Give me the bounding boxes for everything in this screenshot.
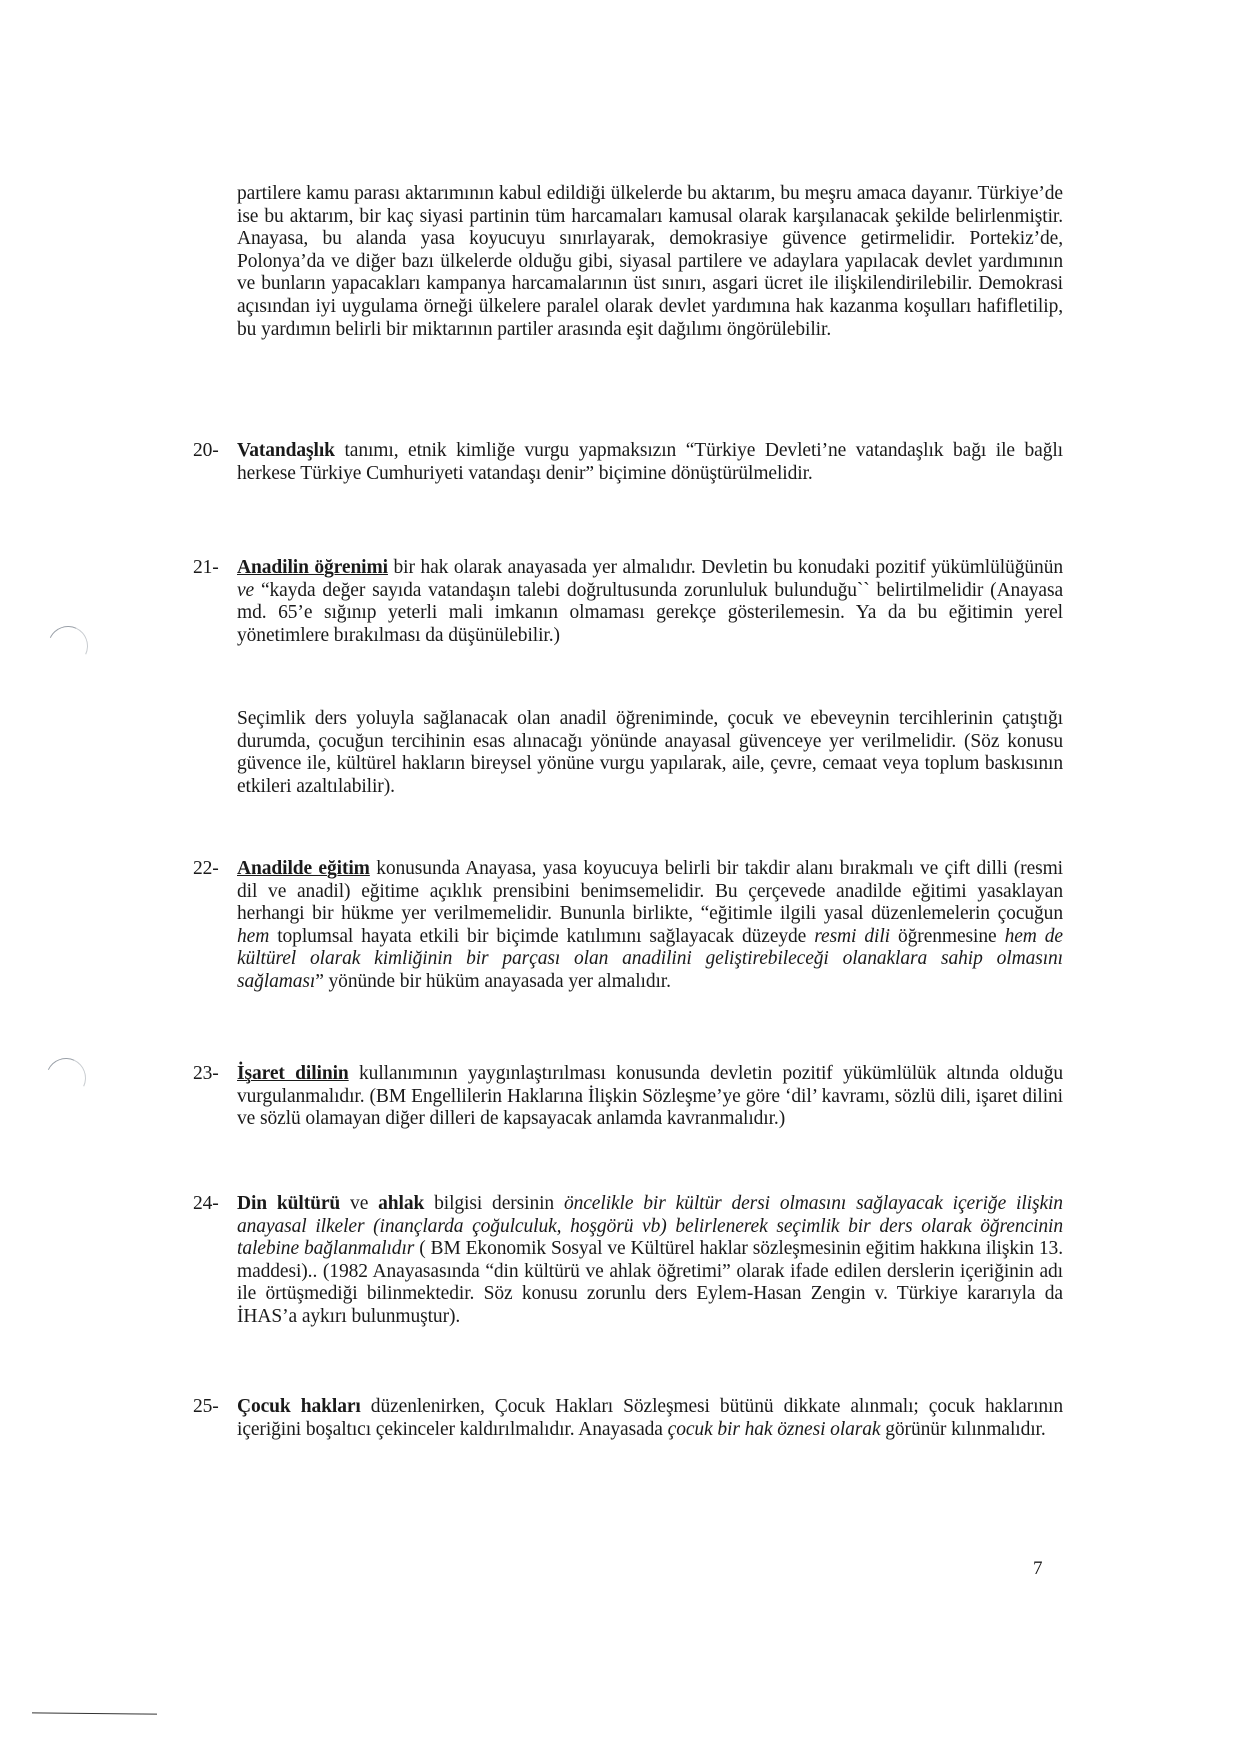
hole-punch-mark-bottom bbox=[40, 1052, 91, 1103]
document-page: partilere kamu parası aktarımının kabul … bbox=[0, 0, 1240, 1755]
item-number: 24- bbox=[193, 1193, 237, 1216]
item-lead: İşaret dilinin bbox=[237, 1063, 349, 1084]
item-lead: ahlak bbox=[378, 1193, 424, 1214]
list-item-21: 21- Anadilin öğrenimi bir hak olarak ana… bbox=[193, 557, 1063, 647]
hole-punch-mark-top bbox=[42, 620, 93, 671]
item-lead: Vatandaşlık bbox=[237, 440, 335, 461]
item-text: öğrenmesine bbox=[890, 926, 1005, 947]
list-item-25: 25- Çocuk hakları düzenlenirken, Çocuk H… bbox=[193, 1396, 1063, 1441]
item-lead: Anadilin öğrenimi bbox=[237, 557, 388, 578]
item-italic: resmi dili bbox=[814, 926, 890, 947]
item-text: toplumsal hayata etkili bir biçimde katı… bbox=[269, 926, 814, 947]
list-item-24: 24- Din kültürü ve ahlak bilgisi dersini… bbox=[193, 1193, 1063, 1329]
item-italic: çocuk bir hak öznesi olarak bbox=[668, 1419, 881, 1440]
item-text: kullanımının yaygınlaştırılması konusund… bbox=[237, 1063, 1063, 1129]
item-number: 25- bbox=[193, 1396, 237, 1419]
item-text: “kayda değer sayıda vatandaşın talebi do… bbox=[237, 580, 1063, 646]
item-italic: ve bbox=[237, 580, 254, 601]
item-21-sub-paragraph: Seçimlik ders yoluyla sağlanacak olan an… bbox=[237, 708, 1063, 798]
item-lead: Din kültürü bbox=[237, 1193, 340, 1214]
footer-rule bbox=[32, 1712, 157, 1714]
item-number: 22- bbox=[193, 858, 237, 881]
item-lead: Çocuk hakları bbox=[237, 1396, 361, 1417]
intro-paragraph: partilere kamu parası aktarımının kabul … bbox=[237, 183, 1063, 341]
item-number: 23- bbox=[193, 1063, 237, 1086]
item-text: ” yönünde bir hüküm anayasada yer almalı… bbox=[315, 971, 671, 992]
list-item-22: 22- Anadilde eğitim konusunda Anayasa, y… bbox=[193, 858, 1063, 994]
page-number: 7 bbox=[1033, 1558, 1043, 1580]
item-italic: hem bbox=[237, 926, 269, 947]
item-text: tanımı, etnik kimliğe vurgu yapmaksızın … bbox=[237, 440, 1063, 484]
item-number: 20- bbox=[193, 440, 237, 463]
list-item-23: 23- İşaret dilinin kullanımının yaygınla… bbox=[193, 1063, 1063, 1131]
item-lead: Anadilde eğitim bbox=[237, 858, 370, 879]
list-item-20: 20- Vatandaşlık tanımı, etnik kimliğe vu… bbox=[193, 440, 1063, 485]
item-connector: ve bbox=[340, 1193, 378, 1214]
item-text: bir hak olarak anayasada yer almalıdır. … bbox=[388, 557, 1063, 578]
item-text: bilgisi dersinin bbox=[424, 1193, 564, 1214]
item-text: görünür kılınmalıdır. bbox=[880, 1419, 1045, 1440]
item-number: 21- bbox=[193, 557, 237, 580]
